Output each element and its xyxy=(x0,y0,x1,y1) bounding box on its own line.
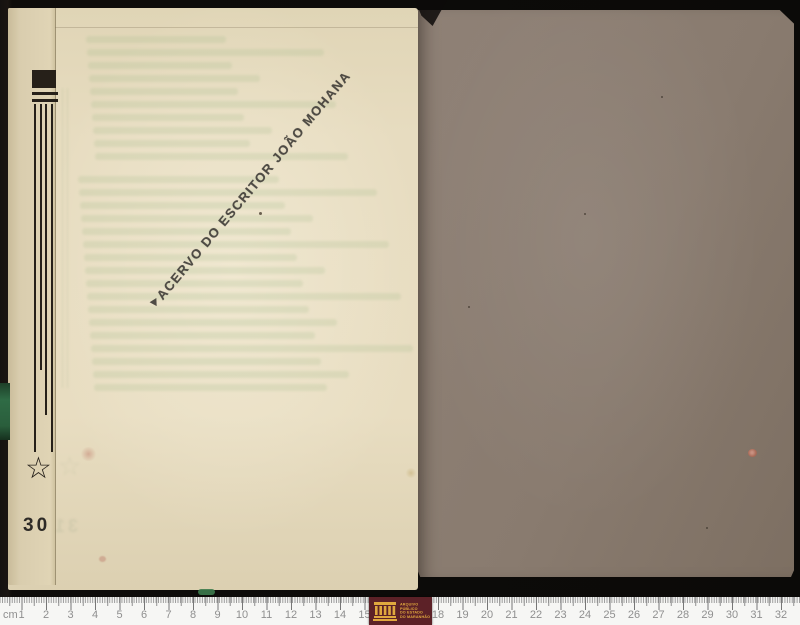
green-smudge xyxy=(198,589,215,595)
page-stain xyxy=(80,447,97,461)
star-icon: ☆ xyxy=(25,452,52,486)
ruler-number: 31 xyxy=(750,609,762,621)
ruler-number: 22 xyxy=(530,609,542,621)
ornament-bar xyxy=(32,99,58,102)
page-stain xyxy=(99,556,106,562)
green-edge-strip xyxy=(0,383,10,440)
ruler-number: 13 xyxy=(309,609,321,621)
archive-logo-line: DO MARANHÃO xyxy=(400,615,430,619)
ruler-number: 9 xyxy=(214,609,220,621)
page-stain xyxy=(405,468,417,478)
ruler-number: 19 xyxy=(456,609,468,621)
ruler-number: 10 xyxy=(236,609,248,621)
ruler-number: 26 xyxy=(628,609,640,621)
page-speck xyxy=(706,527,708,529)
ruler-number: 29 xyxy=(701,609,713,621)
ornament-bar xyxy=(32,92,58,95)
ruler-number: 32 xyxy=(775,609,787,621)
page-number: 30 xyxy=(23,515,50,537)
archive-building-icon xyxy=(373,602,397,621)
ruler-number: 5 xyxy=(116,609,122,621)
ruler-number: 27 xyxy=(652,609,664,621)
archive-logo: ARQUIVO PÚBLICO DO ESTADO DO MARANHÃO xyxy=(369,597,432,625)
ruler-number: 20 xyxy=(481,609,493,621)
ruler-number: 2 xyxy=(43,609,49,621)
measuring-ruler: cm 1234567891011121314151617181920212223… xyxy=(0,597,800,625)
ruler-number: 25 xyxy=(603,609,615,621)
page-speck xyxy=(584,213,586,215)
ruler-unit-label: cm xyxy=(3,609,18,621)
page-crease xyxy=(55,27,418,28)
ornament-line xyxy=(40,104,42,370)
ruler-number: 12 xyxy=(285,609,297,621)
ruler-number: 18 xyxy=(432,609,444,621)
ruler-number: 30 xyxy=(726,609,738,621)
ruler-number: 23 xyxy=(554,609,566,621)
ruler-number: 6 xyxy=(141,609,147,621)
ruler-number: 14 xyxy=(334,609,346,621)
ruler-number: 8 xyxy=(190,609,196,621)
ornament-line xyxy=(45,104,47,415)
ornament-line xyxy=(51,104,53,452)
left-page xyxy=(8,8,418,590)
page-speck xyxy=(259,212,262,215)
page-speck xyxy=(661,96,663,98)
archive-logo-text: ARQUIVO PÚBLICO DO ESTADO DO MARANHÃO xyxy=(400,603,430,619)
ruler-number: 11 xyxy=(261,609,272,621)
ruler-number: 1 xyxy=(18,609,24,621)
ruler-number: 28 xyxy=(677,609,689,621)
right-page xyxy=(418,10,794,577)
ornament-line xyxy=(34,104,36,452)
ruler-number: 3 xyxy=(67,609,73,621)
ruler-number: 24 xyxy=(579,609,591,621)
ruler-number: 7 xyxy=(165,609,171,621)
ruler-number: 21 xyxy=(505,609,517,621)
page-speck xyxy=(468,306,470,308)
scan-background: ☆ 31 ☆ 30 ACERVO DO ESCRITOR JOÃO MOHANA… xyxy=(0,0,800,625)
red-spot xyxy=(748,449,757,457)
ruler-number: 4 xyxy=(92,609,98,621)
ornament-capital xyxy=(32,70,56,88)
